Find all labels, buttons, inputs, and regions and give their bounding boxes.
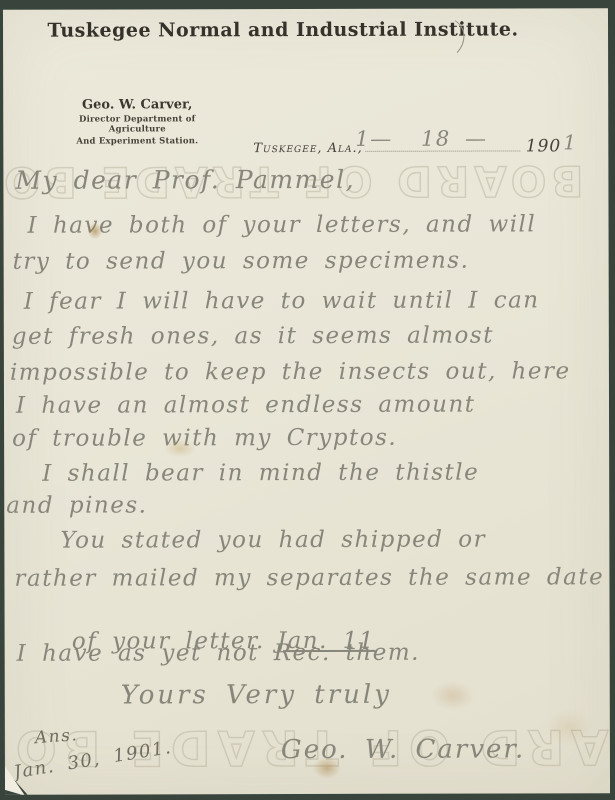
body-line: try to send you some specimens. <box>13 248 470 275</box>
answered-note: Ans. <box>34 725 79 748</box>
body-line: impossible to keep the insects out, here <box>10 358 571 385</box>
body-line: of trouble with my Cryptos. <box>12 425 397 452</box>
scan-background: { "letterhead": { "institution": "Tuskeg… <box>0 0 615 800</box>
officer-block: Geo. W. Carver, Director Department of A… <box>61 97 213 146</box>
year-printed: 190 <box>526 136 562 156</box>
body-line: I fear I will have to wait until I can <box>24 287 540 314</box>
body-line: get fresh ones, as it seems almost <box>12 323 494 350</box>
officer-name: Geo. W. Carver, <box>61 97 213 112</box>
officer-title-line1: Director Department of Agriculture <box>61 114 213 134</box>
letter-paper: BOARD OF TRADE BOND BOARD OF TRADE BOND … <box>3 8 610 795</box>
closing-line: Yours Very truly <box>121 680 392 711</box>
body-line: rather mailed my separates the same date <box>14 564 604 592</box>
handwritten-year-digit: 1 <box>563 130 576 154</box>
body-line: I have both of your letters, and will <box>28 211 537 238</box>
body-line: You stated you had shipped or <box>60 527 486 554</box>
salutation-line: My dear Prof. Pammel, <box>15 165 355 195</box>
body-line: and pines. <box>6 492 147 518</box>
officer-title-line2: And Experiment Station. <box>61 136 213 146</box>
body-line: I have as yet not Rec. them. <box>17 640 420 667</box>
stain <box>431 681 475 711</box>
body-line: I have an almost endless amount <box>16 392 476 419</box>
body-line: I shall bear in mind the thistle <box>42 460 479 487</box>
stain <box>545 708 593 746</box>
pen-flourish-mark <box>451 19 471 60</box>
handwritten-date: 1— 18 — <box>355 127 487 151</box>
signature-line: Geo. W. Carver. <box>281 734 525 765</box>
place-name: Tuskegee, Ala., <box>253 141 362 156</box>
institution-masthead: Tuskegee Normal and Industrial Institute… <box>3 18 563 41</box>
